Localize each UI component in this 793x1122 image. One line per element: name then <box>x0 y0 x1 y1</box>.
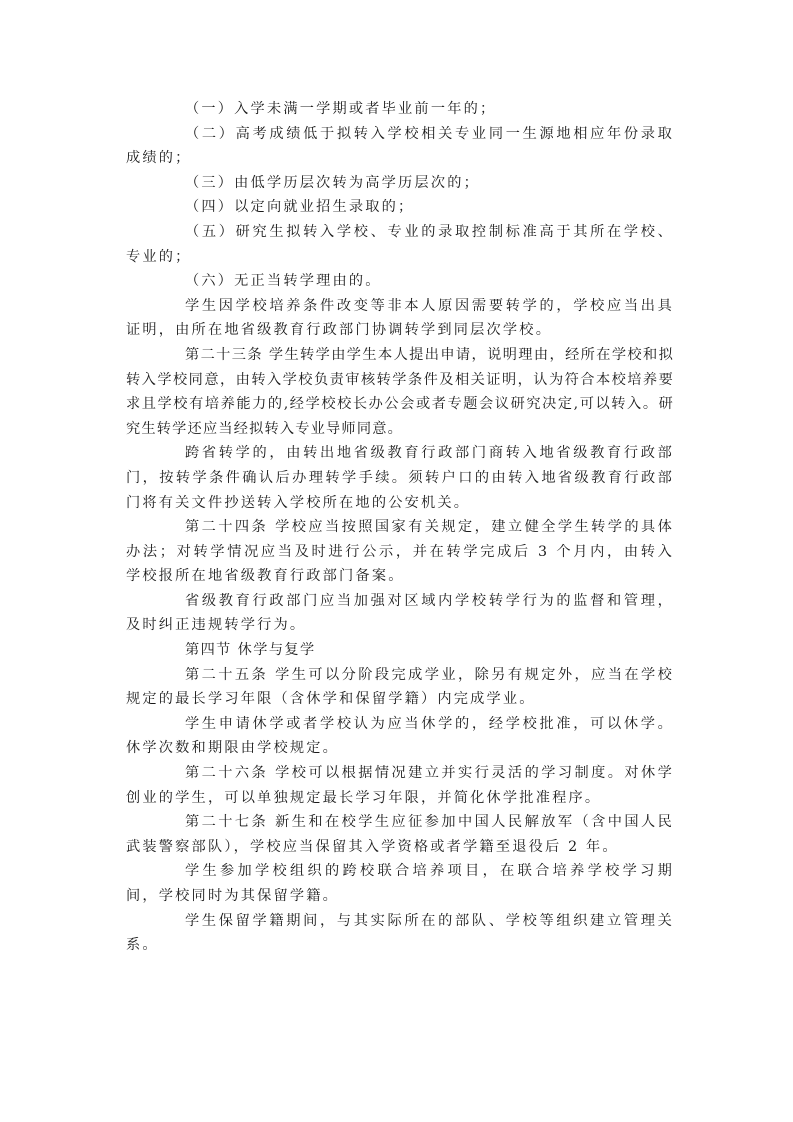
list-item-3: （三）由低学历层次转为高学历层次的； <box>126 171 674 196</box>
article-25: 第二十五条 学生可以分阶段完成学业，除另有规定外，应当在学校规定的最长学习年限（… <box>126 663 674 712</box>
paragraph-supervision: 省级教育行政部门应当加强对区域内学校转学行为的监督和管理，及时纠正违规转学行为。 <box>126 589 674 638</box>
article-26: 第二十六条 学校可以根据情况建立并实行灵活的学习制度。对休学创业的学生，可以单独… <box>126 761 674 810</box>
list-item-6: （六）无正当转学理由的。 <box>126 269 674 294</box>
section-heading: 第四节 休学与复学 <box>126 638 674 663</box>
list-item-5: （五）研究生拟转入学校、专业的录取控制标准高于其所在学校、专业的； <box>126 220 674 269</box>
paragraph-transfer-non-personal: 学生因学校培养条件改变等非本人原因需要转学的，学校应当出具证明，由所在地省级教育… <box>126 294 674 343</box>
paragraph-cross-province: 跨省转学的，由转出地省级教育行政部门商转入地省级教育行政部门，按转学条件确认后办… <box>126 441 674 515</box>
article-27: 第二十七条 新生和在校学生应征参加中国人民解放军（含中国人民武装警察部队），学校… <box>126 810 674 859</box>
list-item-1: （一）入学未满一学期或者毕业前一年的； <box>126 97 674 122</box>
list-item-2: （二）高考成绩低于拟转入学校相关专业同一生源地相应年份录取成绩的； <box>126 122 674 171</box>
document-page: （一）入学未满一学期或者毕业前一年的； （二）高考成绩低于拟转入学校相关专业同一… <box>126 97 674 958</box>
paragraph-retained-status: 学生保留学籍期间，与其实际所在的部队、学校等组织建立管理关系。 <box>126 909 674 958</box>
list-item-4: （四）以定向就业招生录取的； <box>126 195 674 220</box>
paragraph-suspension: 学生申请休学或者学校认为应当休学的，经学校批准，可以休学。休学次数和期限由学校规… <box>126 712 674 761</box>
paragraph-joint-training: 学生参加学校组织的跨校联合培养项目，在联合培养学校学习期间，学校同时为其保留学籍… <box>126 859 674 908</box>
article-23: 第二十三条 学生转学由学生本人提出申请，说明理由，经所在学校和拟转入学校同意，由… <box>126 343 674 441</box>
article-24: 第二十四条 学校应当按照国家有关规定，建立健全学生转学的具体办法；对转学情况应当… <box>126 515 674 589</box>
